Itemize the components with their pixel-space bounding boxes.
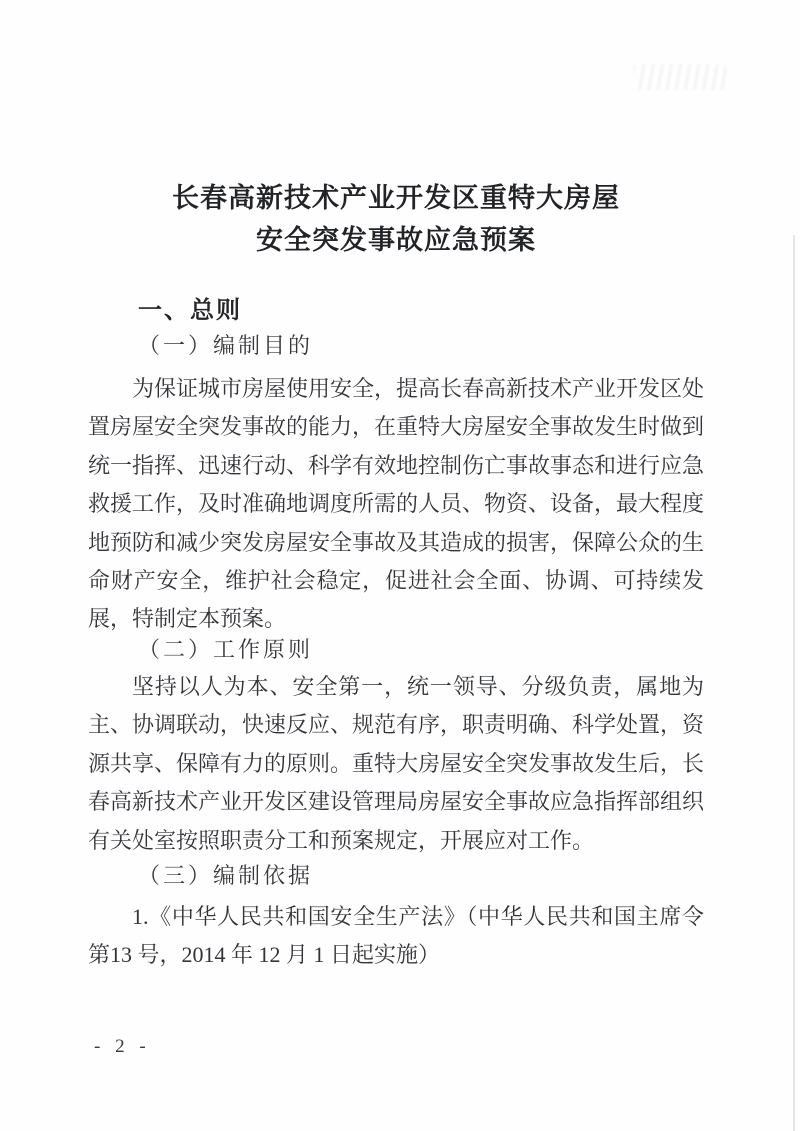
document-title-line2: 安全突发事故应急预案: [88, 219, 704, 261]
section-heading-general-provisions: 一、总则: [138, 296, 242, 326]
subsection-heading-purpose: （一）编制目的: [138, 331, 313, 361]
subsection-heading-compilation-basis: （三）编制依据: [138, 861, 313, 891]
document-page: 长春高新技术产业开发区重特大房屋 安全突发事故应急预案 一、总则 （一）编制目的…: [0, 0, 800, 1131]
document-title: 长春高新技术产业开发区重特大房屋 安全突发事故应急预案: [88, 177, 704, 261]
paragraph-working-principles: 坚持以人为本、安全第一，统一领导、分级负责，属地为主、协调联动，快速反应、规范有…: [88, 668, 704, 860]
faint-scan-artifact: [634, 64, 726, 90]
paragraph-compilation-basis: 1.《中华人民共和国安全生产法》（中华人民共和国主席令第13 号，2014 年 …: [88, 898, 704, 975]
subsection-heading-working-principles: （二）工作原则: [138, 635, 313, 665]
page-number: - 2 -: [94, 1036, 151, 1058]
document-title-line1: 长春高新技术产业开发区重特大房屋: [88, 177, 704, 219]
paragraph-purpose: 为保证城市房屋使用安全，提高长春高新技术产业开发区处置房屋安全突发事故的能力，在…: [88, 370, 704, 639]
scan-edge-line: [793, 235, 795, 1131]
